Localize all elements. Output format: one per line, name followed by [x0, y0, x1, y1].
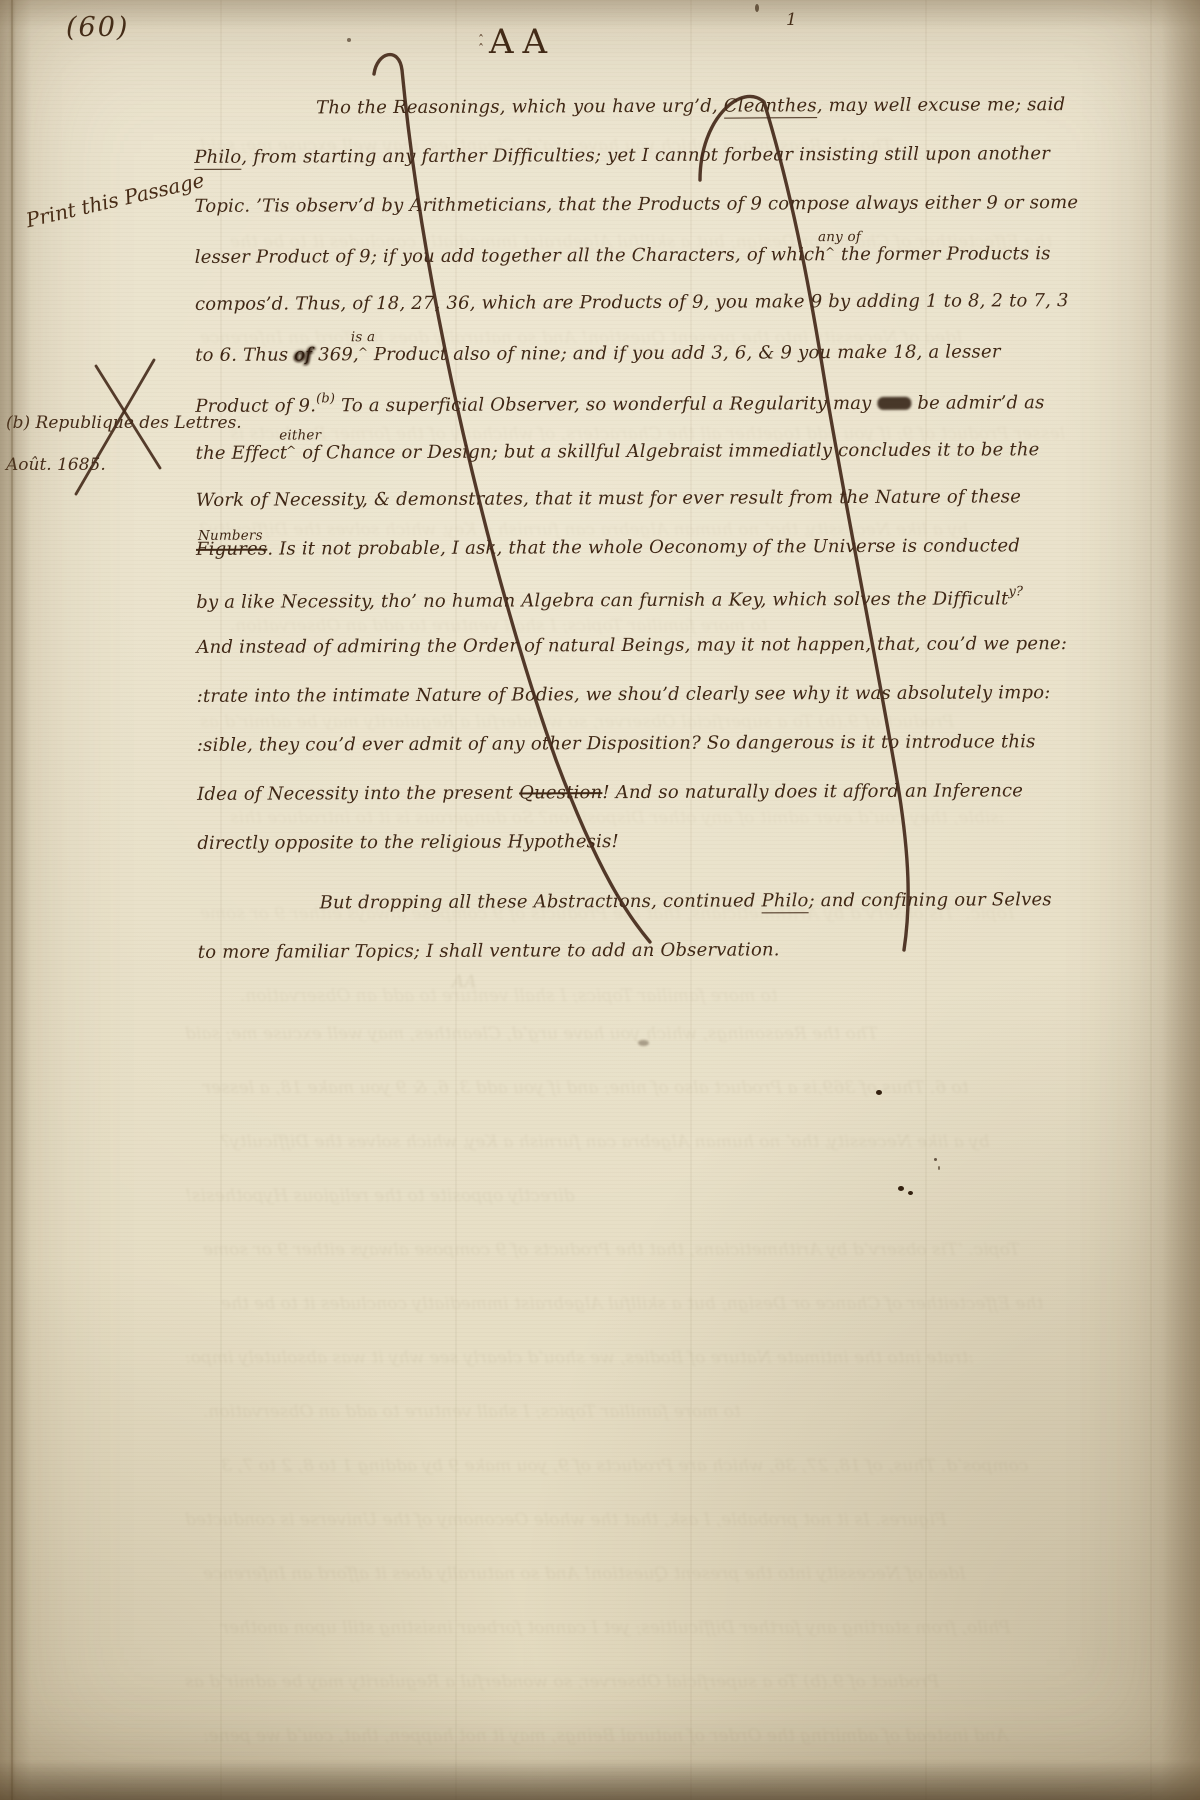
text-segment: to 6. Thus — [195, 344, 294, 365]
insertion-text: any of — [818, 229, 861, 245]
manuscript-line: Work of Necessity, & demonstrates, that … — [196, 486, 1066, 539]
binding-crease — [11, 0, 13, 1800]
bleedthrough-text: And instead of admiring the Order of nat… — [203, 1726, 1008, 1746]
manuscript-line: But dropping all these Abstractions, con… — [198, 889, 1068, 942]
text-segment: And instead of admiring the Order of nat… — [196, 633, 1067, 658]
text-segment: . Is it not probable, I ask, that the wh… — [267, 535, 1020, 559]
insertion-text: either — [279, 427, 321, 443]
bleedthrough-text: Tho the Reasonings, which you have urg’d… — [185, 1024, 878, 1044]
manuscript-line: Product of 9.(b) To a superficial Observ… — [195, 388, 1065, 441]
text-segment: Product of 9. — [195, 395, 316, 417]
text-segment: To a superficial Observer, so wonderful … — [335, 393, 877, 416]
manuscript-line: lesser Product of 9; if you add together… — [195, 241, 1065, 294]
ink-smudge — [638, 1040, 649, 1046]
text-segment: ; and confining our Selves — [809, 889, 1052, 911]
text-segment: , may well excuse me; said — [817, 94, 1066, 116]
interlinear-insertion: any of^ — [826, 242, 835, 260]
manuscript-line: :sible, they cou’d ever admit of any oth… — [197, 731, 1067, 784]
manuscript-line: by a like Necessity, tho’ no human Algeb… — [196, 584, 1066, 637]
interlinear-insertion: either^ — [287, 440, 296, 458]
caret-icon: ^ — [286, 443, 296, 457]
text-segment: FiguresNumbers — [196, 539, 267, 560]
manuscript-line: Idea of Necessity into the present Quest… — [197, 780, 1067, 833]
bleedthrough-text: to 6. Thus of 369,is a Product also of n… — [203, 1078, 968, 1098]
text-segment: be admir’d as — [911, 392, 1044, 414]
bleedthrough-text: :trate into the intimate Nature of Bodie… — [185, 1348, 974, 1368]
manuscript-line: the Effecteither^ of Chance or Design; b… — [196, 437, 1066, 490]
ink-spot — [938, 1166, 940, 1170]
text-segment: of — [294, 344, 312, 365]
underlined-name: Philo — [761, 890, 808, 913]
manuscript-page: Tho the Reasonings, which you have urg’d… — [0, 0, 1200, 1800]
underlined-name: Cleanthes — [724, 95, 817, 118]
text-segment: , from starting any farther Difficulties… — [241, 143, 1050, 168]
text-segment: of Chance or Design; but a skillful Alge… — [296, 439, 1039, 463]
text-segment: the Effect — [196, 442, 288, 463]
manuscript-line: to more familiar Topics; I shall venture… — [198, 938, 1068, 991]
underlined-name: Philo — [194, 147, 241, 170]
insertion-text: is a — [351, 329, 375, 345]
ink-spot — [876, 1090, 882, 1095]
text-segment: :trate into the intimate Nature of Bodie… — [197, 682, 1051, 707]
text-segment: 369, — [312, 344, 359, 365]
ink-spot — [908, 1191, 913, 1195]
manuscript-line: directly opposite to the religious Hypot… — [197, 829, 1067, 882]
bleedthrough-text: Figures. Is it not probable, I ask, that… — [185, 1510, 947, 1530]
text-segment: to more familiar Topics; I shall venture… — [198, 939, 780, 963]
stray-mark: 1 — [786, 10, 797, 30]
ink-spot — [898, 1186, 904, 1191]
bleedthrough-text: to more familiar Topics; I shall venture… — [203, 1402, 741, 1422]
bleedthrough-text: directly opposite to the religious Hypot… — [185, 1186, 575, 1206]
interlinear-insertion: is a^ — [359, 342, 368, 360]
header-mark: ˆ ˆ AA — [478, 22, 556, 62]
manuscript-line: Topic. ’Tis observ’d by Arithmeticians, … — [194, 192, 1064, 245]
manuscript-line: FiguresNumbers. Is it not probable, I as… — [196, 535, 1066, 588]
text-segment: Product also of nine; and if you add 3, … — [368, 341, 1001, 365]
manuscript-line: And instead of admiring the Order of nat… — [196, 633, 1066, 686]
bleedthrough-text: Product of 9.(b) To a superficial Observ… — [185, 1672, 939, 1692]
caret-icon: ^ — [358, 345, 368, 359]
ink-spot — [934, 1158, 937, 1161]
folio-number: (60) — [66, 12, 129, 43]
text-segment: Idea of Necessity into the present — [197, 782, 519, 804]
manuscript-line: compos’d. Thus, of 18, 27, 36, which are… — [195, 290, 1065, 343]
bleedthrough-text: Philo, from starting any farther Difficu… — [221, 1618, 1011, 1638]
text-segment: Topic. ’Tis observ’d by Arithmeticians, … — [194, 192, 1078, 217]
header-letters: AA — [489, 22, 556, 62]
caret-icon: ^ — [825, 245, 835, 259]
manuscript-line: Philo, from starting any farther Difficu… — [194, 143, 1064, 196]
text-segment: Work of Necessity, & demonstrates, that … — [196, 486, 1021, 511]
body-text: Tho the Reasonings, which you have urg’d… — [194, 94, 1068, 991]
chain-line — [1150, 0, 1152, 1800]
bleedthrough-text: compos’d. Thus, of 18, 27, 36, which are… — [221, 1456, 1028, 1476]
manuscript-line: to 6. Thus of 369,is a^ Product also of … — [195, 339, 1065, 392]
text-segment: directly opposite to the religious Hypot… — [197, 831, 619, 854]
ink-spot — [755, 4, 759, 12]
bleedthrough-text: by a like Necessity, tho’ no human Algeb… — [221, 1132, 990, 1152]
bleedthrough-text: Topic. ’Tis observ’d by Arithmeticians, … — [203, 1240, 1020, 1260]
superscript-note: (b) — [316, 391, 335, 406]
bleedthrough-text: Idea of Necessity into the present Quest… — [203, 1564, 966, 1584]
ink-spot — [347, 38, 351, 42]
struck-out-blot — [877, 397, 911, 410]
text-segment: Question — [519, 782, 602, 803]
text-segment: the former Products is — [835, 243, 1051, 265]
manuscript-line: Tho the Reasonings, which you have urg’d… — [194, 94, 1064, 147]
interlinear-replacement: Numbers — [198, 528, 263, 544]
text-segment: But dropping all these Abstractions, con… — [320, 890, 762, 913]
margin-note-print: Print this Passage — [24, 168, 207, 232]
text-segment: compos’d. Thus, of 18, 27, 36, which are… — [195, 290, 1069, 315]
bleedthrough-text: the Effecteither of Chance or Design; bu… — [221, 1294, 1043, 1314]
manuscript-line: :trate into the intimate Nature of Bodie… — [197, 682, 1067, 735]
text-segment: Tho the Reasonings, which you have urg’d… — [316, 96, 724, 119]
caret-marks: ˆ ˆ — [478, 36, 484, 54]
superscript-note: y? — [1008, 584, 1023, 599]
text-segment: by a like Necessity, tho’ no human Algeb… — [196, 588, 1008, 613]
text-segment: :sible, they cou’d ever admit of any oth… — [197, 731, 1036, 756]
text-segment: ! And so naturally does it afford an Inf… — [602, 780, 1023, 803]
text-segment: lesser Product of 9; if you add together… — [195, 244, 826, 268]
